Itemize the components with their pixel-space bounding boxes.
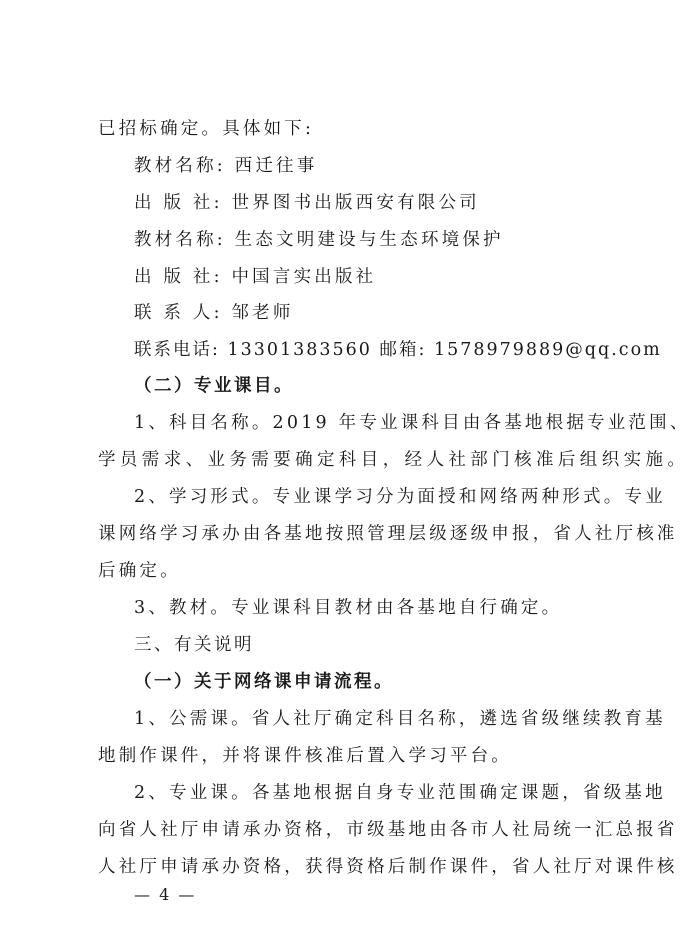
text-line: 已招标确定。具体如下: — [98, 118, 314, 140]
textbook-name-1: 教材名称: 西迁往事 — [134, 155, 317, 177]
publisher-1: 出 版 社: 世界图书出版西安有限公司 — [134, 192, 480, 214]
text-line: 2、专业课。各基地根据自身专业范围确定课题，省级基地 — [134, 782, 666, 804]
textbook-name-2: 教材名称: 生态文明建设与生态环境保护 — [134, 229, 504, 251]
text-line: 1、科目名称。2019 年专业课科目由各基地根据专业范围、 — [134, 412, 691, 434]
text-line: 地制作课件，并将课件核准后置入学习平台。 — [98, 745, 512, 767]
text-line: 向省人社厅申请承办资格，市级基地由各市人社局统一汇总报省 — [98, 819, 678, 841]
text-line: 2、学习形式。专业课学习分为面授和网络两种形式。专业 — [134, 486, 666, 508]
text-line: 后确定。 — [98, 560, 181, 582]
publisher-2: 出 版 社: 中国言实出版社 — [134, 266, 376, 288]
text-line: 1、公需课。省人社厅确定科目名称，遴选省级继续教育基 — [134, 708, 666, 730]
contact-phone-email: 联系电话: 13301383560 邮箱: 1578979889@qq.com — [134, 339, 662, 361]
text-line: 课网络学习承办由各基地按照管理层级逐级申报，省人社厅核准 — [98, 523, 678, 545]
page-number: — 4 — — [134, 885, 196, 904]
text-line: 人社厅申请承办资格，获得资格后制作课件，省人社厅对课件核 — [98, 856, 678, 878]
section-heading: （一）关于网络课申请流程。 — [134, 671, 394, 693]
section-heading: 三、有关说明 — [134, 634, 254, 656]
section-heading: （二）专业课目。 — [134, 375, 294, 397]
text-line: 3、教材。专业课科目教材由各基地自行确定。 — [134, 597, 562, 619]
text-line: 学员需求、业务需要确定科目，经人社部门核准后组织实施。 — [98, 449, 689, 471]
contact-person: 联 系 人: 邹老师 — [134, 302, 294, 324]
